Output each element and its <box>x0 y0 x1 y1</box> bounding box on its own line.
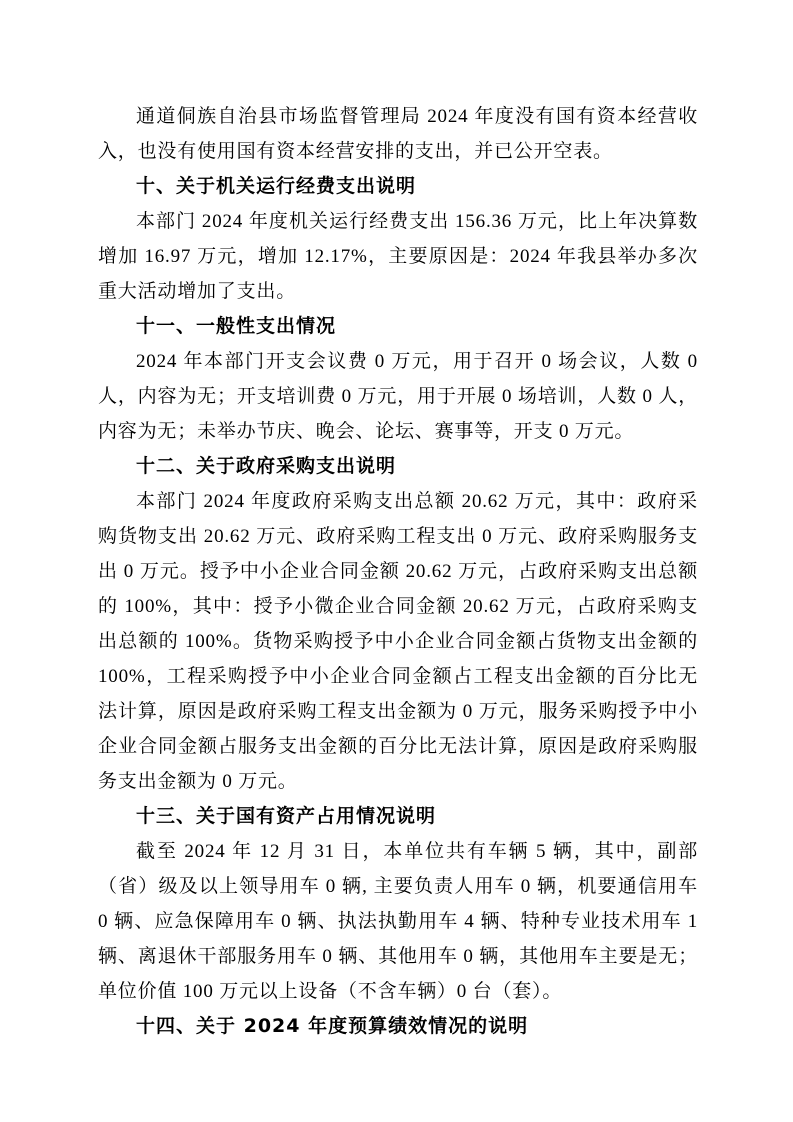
document-page: 通道侗族自治县市场监督管理局 2024 年度没有国有资本经营收入，也没有使用国有… <box>0 0 793 1122</box>
section-10-paragraph: 本部门 2024 年度机关运行经费支出 156.36 万元，比上年决算数增加 1… <box>98 204 698 309</box>
state-capital-paragraph: 通道侗族自治县市场监督管理局 2024 年度没有国有资本经营收入，也没有使用国有… <box>98 99 698 169</box>
section-heading-12-government-procurement: 十二、关于政府采购支出说明 <box>98 449 698 484</box>
section-12-paragraph: 本部门 2024 年度政府采购支出总额 20.62 万元，其中：政府采购货物支出… <box>98 484 698 799</box>
section-11-paragraph: 2024 年本部门开支会议费 0 万元，用于召开 0 场会议，人数 0 人，内容… <box>98 344 698 449</box>
document-body: 通道侗族自治县市场监督管理局 2024 年度没有国有资本经营收入，也没有使用国有… <box>98 99 698 1044</box>
section-heading-11-general-expenditure: 十一、一般性支出情况 <box>98 309 698 344</box>
section-heading-14-budget-performance: 十四、关于 2024 年度预算绩效情况的说明 <box>98 1009 698 1044</box>
section-heading-10-operating-expenses: 十、关于机关运行经费支出说明 <box>98 169 698 204</box>
section-heading-13-state-assets: 十三、关于国有资产占用情况说明 <box>98 799 698 834</box>
section-13-paragraph: 截至 2024 年 12 月 31 日，本单位共有车辆 5 辆，其中，副部（省）… <box>98 834 698 1009</box>
